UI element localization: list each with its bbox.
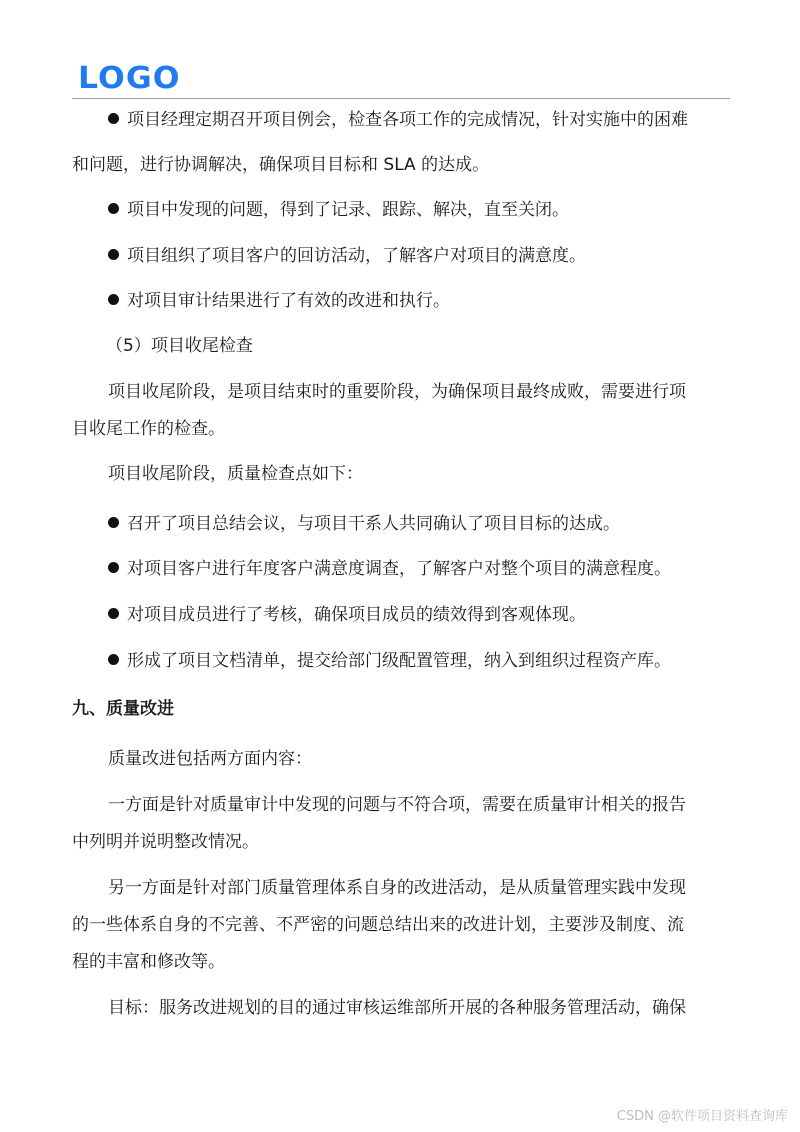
bullet-icon	[108, 249, 119, 260]
line-continuation: 和问题，进行协调解决，确保项目目标和 SLA 的达成。	[72, 150, 489, 175]
bullet-icon	[108, 608, 119, 619]
section-heading: 九、质量改进	[72, 694, 174, 719]
paragraph-line: 目收尾工作的检查。	[72, 414, 225, 439]
paragraph-line: 中列明并说明整改情况。	[72, 827, 259, 852]
bullet-icon	[108, 654, 119, 665]
logo: LOGO	[78, 64, 181, 94]
line-text: 对项目成员进行了考核，确保项目成员的绩效得到客观体现。	[127, 605, 586, 625]
paragraph-line: 目标：服务改进规划的目的通过审核运维部所开展的各种服务管理活动，确保	[108, 993, 686, 1018]
paragraph-line: 程的丰富和修改等。	[72, 947, 225, 972]
line-text: 项目组织了项目客户的回访活动，了解客户对项目的满意度。	[127, 246, 586, 266]
paragraph-line: 一方面是针对质量审计中发现的问题与不符合项，需要在质量审计相关的报告	[108, 790, 686, 815]
header-divider	[72, 98, 730, 99]
bullet-icon	[108, 294, 119, 305]
paragraph-line: 项目收尾阶段，是项目结束时的重要阶段，为确保项目最终成败，需要进行项	[108, 377, 686, 402]
bullet-item: 对项目成员进行了考核，确保项目成员的绩效得到客观体现。	[108, 600, 586, 625]
line-text: 项目中发现的问题，得到了记录、跟踪、解决，直至关闭。	[127, 200, 569, 220]
bullet-icon	[108, 203, 119, 214]
bullet-item: 形成了项目文档清单，提交给部门级配置管理，纳入到组织过程资产库。	[108, 646, 671, 671]
line-text: 对项目审计结果进行了有效的改进和执行。	[127, 291, 450, 311]
paragraph-line: 项目收尾阶段，质量检查点如下：	[108, 459, 363, 484]
watermark: CSDN @软件项目资料查询库	[617, 1105, 788, 1124]
bullet-item: 对项目审计结果进行了有效的改进和执行。	[108, 286, 450, 311]
line-text: 对项目客户进行年度客户满意度调查，了解客户对整个项目的满意程度。	[127, 559, 671, 579]
bullet-item: 召开了项目总结会议，与项目干系人共同确认了项目目标的达成。	[108, 509, 620, 534]
subsection-title: （5）项目收尾检查	[106, 331, 253, 356]
bullet-item: 项目经理定期召开项目例会，检查各项工作的完成情况，针对实施中的困难	[108, 105, 688, 130]
line-text: 形成了项目文档清单，提交给部门级配置管理，纳入到组织过程资产库。	[127, 651, 671, 671]
bullet-icon	[108, 562, 119, 573]
line-text: 项目经理定期召开项目例会，检查各项工作的完成情况，针对实施中的困难	[127, 110, 688, 130]
bullet-item: 对项目客户进行年度客户满意度调查，了解客户对整个项目的满意程度。	[108, 554, 671, 579]
line-text: 召开了项目总结会议，与项目干系人共同确认了项目目标的达成。	[127, 514, 620, 534]
paragraph-line: 质量改进包括两方面内容：	[108, 744, 312, 769]
bullet-icon	[108, 113, 119, 124]
bullet-item: 项目中发现的问题，得到了记录、跟踪、解决，直至关闭。	[108, 195, 569, 220]
bullet-item: 项目组织了项目客户的回访活动，了解客户对项目的满意度。	[108, 241, 586, 266]
paragraph-line: 的一些体系自身的不完善、不严密的问题总结出来的改进计划，主要涉及制度、流	[72, 910, 684, 935]
bullet-icon	[108, 517, 119, 528]
paragraph-line: 另一方面是针对部门质量管理体系自身的改进活动，是从质量管理实践中发现	[108, 873, 686, 898]
